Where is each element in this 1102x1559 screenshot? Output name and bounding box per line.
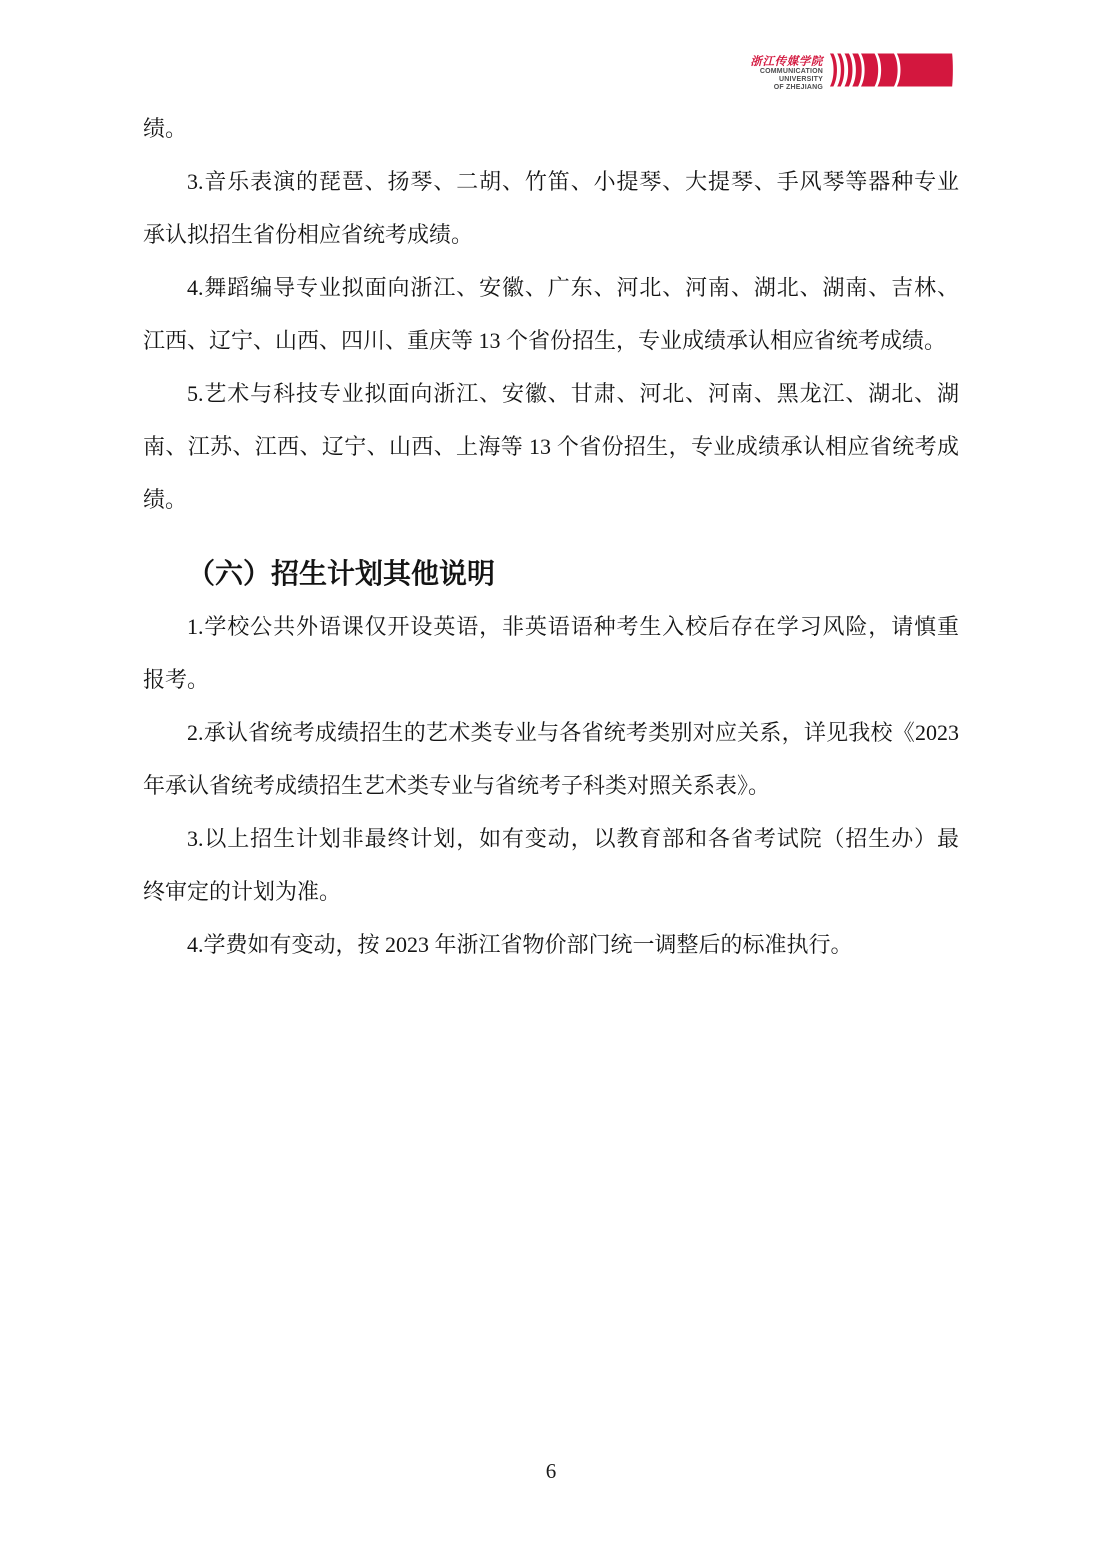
text-line: 江西、辽宁、山西、四川、重庆等 13 个省份招生，专业成绩承认相应省统考成绩。 (143, 314, 959, 367)
section-heading: （六）招生计划其他说明 (143, 547, 959, 600)
text-line: 终审定的计划为准。 (143, 865, 959, 918)
university-name-en: COMMUNICATION UNIVERSITY OF ZHEJIANG (760, 68, 823, 92)
text-line: 5.艺术与科技专业拟面向浙江、安徽、甘肃、河北、河南、黑龙江、湖北、湖 (143, 367, 959, 420)
text-line: 南、江苏、江西、辽宁、山西、上海等 13 个省份招生，专业成绩承认相应省统考成 (143, 420, 959, 473)
paragraph: 2.承认省统考成绩招生的艺术类专业与各省统考类别对应关系，详见我校《2023年承… (143, 706, 959, 812)
paragraph: 绩。 (143, 102, 959, 155)
text-line: 3.音乐表演的琵琶、扬琴、二胡、竹笛、小提琴、大提琴、手风琴等器种专业 (143, 155, 959, 208)
text-line: 承认拟招生省份相应省统考成绩。 (143, 208, 959, 261)
page-number: 6 (0, 1459, 1102, 1484)
text-line: （六）招生计划其他说明 (143, 547, 959, 600)
paragraph: 5.艺术与科技专业拟面向浙江、安徽、甘肃、河北、河南、黑龙江、湖北、湖南、江苏、… (143, 367, 959, 526)
text-line: 4.学费如有变动，按 2023 年浙江省物价部门统一调整后的标准执行。 (143, 918, 959, 971)
logo-en-line: OF ZHEJIANG (760, 84, 823, 92)
document-body: 绩。3.音乐表演的琵琶、扬琴、二胡、竹笛、小提琴、大提琴、手风琴等器种专业承认拟… (143, 102, 959, 971)
university-name-cn: 浙江传媒学院 (750, 54, 823, 68)
paragraph: 4.学费如有变动，按 2023 年浙江省物价部门统一调整后的标准执行。 (143, 918, 959, 971)
document-page: 浙江传媒学院 COMMUNICATION UNIVERSITY OF ZHEJI… (0, 0, 1102, 1559)
logo-en-line: UNIVERSITY (760, 76, 823, 84)
paragraph: 3.音乐表演的琵琶、扬琴、二胡、竹笛、小提琴、大提琴、手风琴等器种专业承认拟招生… (143, 155, 959, 261)
paragraph: 4.舞蹈编导专业拟面向浙江、安徽、广东、河北、河南、湖北、湖南、吉林、江西、辽宁… (143, 261, 959, 367)
broadcast-waves-icon (829, 52, 957, 88)
text-line: 1.学校公共外语课仅开设英语，非英语语种考生入校后存在学习风险，请慎重 (143, 600, 959, 653)
text-line: 绩。 (143, 102, 959, 155)
paragraph: 3.以上招生计划非最终计划，如有变动，以教育部和各省考试院（招生办）最终审定的计… (143, 812, 959, 918)
text-line: 3.以上招生计划非最终计划，如有变动，以教育部和各省考试院（招生办）最 (143, 812, 959, 865)
text-line: 绩。 (143, 473, 959, 526)
university-logo: 浙江传媒学院 COMMUNICATION UNIVERSITY OF ZHEJI… (745, 52, 957, 92)
text-line: 报考。 (143, 653, 959, 706)
logo-en-line: COMMUNICATION (760, 68, 823, 76)
paragraph: 1.学校公共外语课仅开设英语，非英语语种考生入校后存在学习风险，请慎重报考。 (143, 600, 959, 706)
text-line: 4.舞蹈编导专业拟面向浙江、安徽、广东、河北、河南、湖北、湖南、吉林、 (143, 261, 959, 314)
text-line: 年承认省统考成绩招生艺术类专业与省统考子科类对照关系表》。 (143, 759, 959, 812)
text-line: 2.承认省统考成绩招生的艺术类专业与各省统考类别对应关系，详见我校《2023 (143, 706, 959, 759)
logo-wordmark: 浙江传媒学院 COMMUNICATION UNIVERSITY OF ZHEJI… (745, 52, 823, 92)
